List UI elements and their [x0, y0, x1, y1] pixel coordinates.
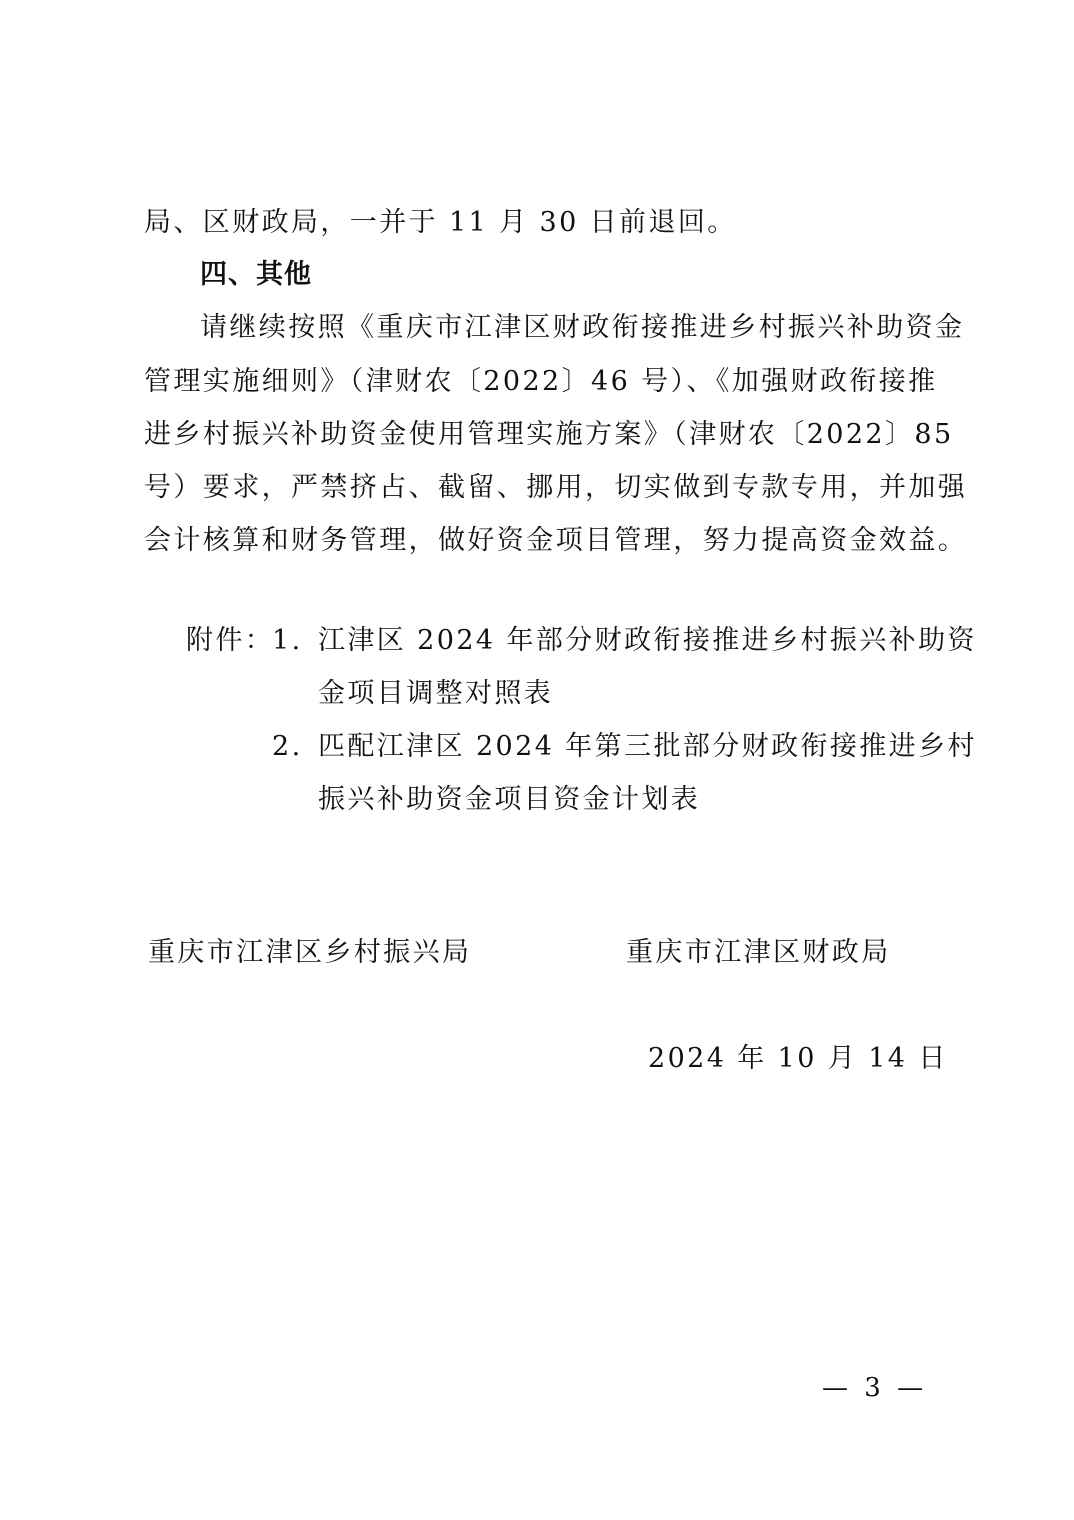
- attachment-title-line: 金项目调整对照表: [318, 674, 553, 714]
- attachment-title-line: 江津区 2024 年部分财政衔接推进乡村振兴补助资: [318, 621, 977, 661]
- signature-right: 重庆市江津区财政局: [626, 933, 891, 973]
- paragraph-end: 局、区财政局，一并于 11 月 30 日前退回。: [144, 203, 737, 243]
- attachment-number: 1.: [272, 621, 303, 661]
- body-line: 进乡村振兴补助资金使用管理实施方案》（津财农〔2022〕85: [144, 415, 954, 455]
- body-line: 管理实施细则》（津财农〔2022〕46 号）、《加强财政衔接推: [144, 362, 938, 402]
- attachments-label: 附件：: [186, 621, 274, 661]
- body-line: 请继续按照《重庆市江津区财政衔接推进乡村振兴补助资金: [200, 308, 964, 348]
- document-date: 2024 年 10 月 14 日: [648, 1039, 948, 1079]
- attachment-title-line: 匹配江津区 2024 年第三批部分财政衔接推进乡村: [318, 727, 977, 767]
- body-line: 会计核算和财务管理，做好资金项目管理，努力提高资金效益。: [144, 521, 967, 561]
- attachment-number: 2.: [272, 727, 303, 767]
- section-heading: 四、其他: [200, 255, 312, 295]
- page-number: — 3 —: [822, 1370, 927, 1406]
- body-line: 号）要求，严禁挤占、截留、挪用，切实做到专款专用，并加强: [144, 468, 967, 508]
- attachment-title-line: 振兴补助资金项目资金计划表: [318, 780, 700, 820]
- signature-left: 重庆市江津区乡村振兴局: [148, 933, 471, 973]
